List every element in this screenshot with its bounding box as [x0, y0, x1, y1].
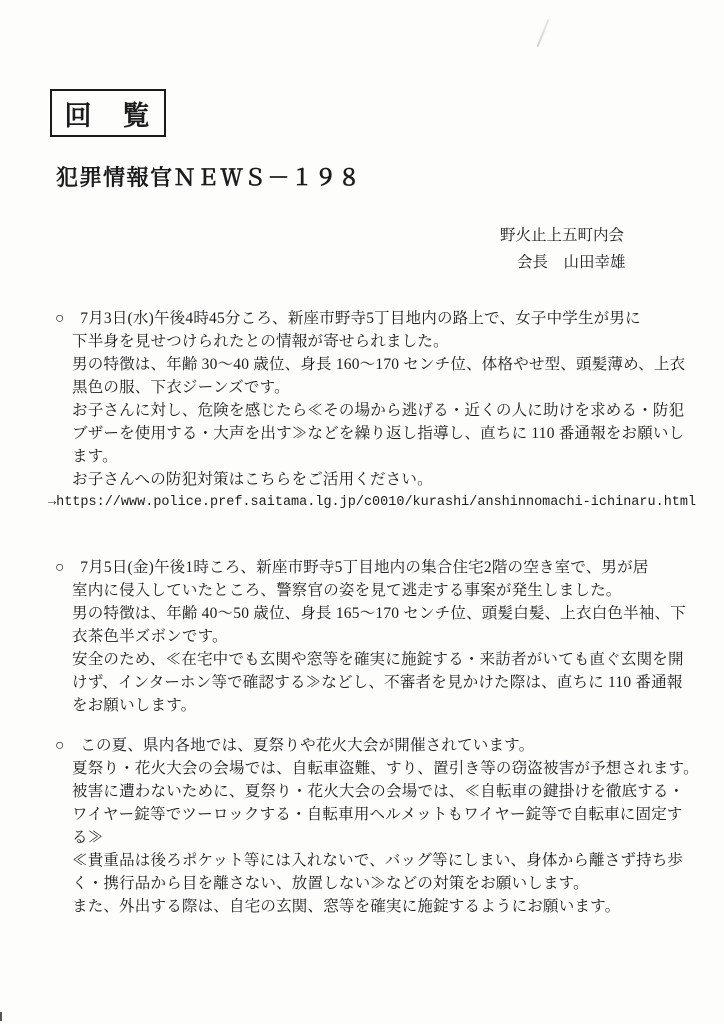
document-body: ○ 7月3日(水)午後4時45分ころ、新座市野寺5丁目地内の路上で、女子中学生が…: [55, 307, 677, 918]
scan-artifact-edge-mark: [0, 1012, 2, 1021]
body-line: お子さんへの防犯対策はこちらをご活用ください。: [55, 468, 677, 491]
association-name: 野火止上五町内会: [500, 222, 626, 249]
body-line: また、外出する際は、自宅の玄関、窓等を確実に施錠するようにお願います。: [55, 895, 677, 918]
body-line: 被害に遭わないために、夏祭り・花火大会の会場では、≪自転車の鍵掛けを徹底する・: [55, 780, 677, 803]
url-text: →https://www.police.pref.saitama.lg.jp/c…: [48, 491, 677, 514]
chairman-name: 会長 山田幸雄: [517, 249, 626, 276]
circulation-stamp-label: 回 覧: [65, 94, 152, 133]
body-line: お子さんに対し、危険を感じたら≪その場から逃げる・近くの人に助けを求める・防犯: [55, 399, 677, 422]
body-line: く・携行品から目を離さない、放置しない≫などの対策をお願いします。: [55, 872, 677, 895]
body-line: 男の特徴は、年齢 40～50 歳位、身長 165～170 センチ位、頭髪白髪、上…: [55, 602, 677, 625]
sender-block: 野火止上五町内会 会長 山田幸雄: [500, 222, 626, 276]
body-line: 黒色の服、下衣ジーンズです。: [55, 376, 677, 399]
body-line: 衣茶色半ズボンです。: [55, 625, 677, 648]
body-line: ます。: [55, 445, 677, 468]
body-line: る≫: [55, 826, 677, 849]
body-line: ○ この夏、県内各地では、夏祭りや花火大会が開催されています。: [55, 734, 677, 757]
body-line: ブザーを使用する・大声を出す≫などを繰り返し指導し、直ちに 110 番通報をお願…: [55, 422, 677, 445]
body-line: 室内に侵入していたところ、警察官の姿を見て逃走する事案が発生しました。: [55, 579, 677, 602]
body-line: 男の特徴は、年齢 30～40 歳位、身長 160～170 センチ位、体格やせ型、…: [55, 353, 677, 376]
paragraph: ○ 7月3日(水)午後4時45分ころ、新座市野寺5丁目地内の路上で、女子中学生が…: [55, 307, 677, 514]
body-line: 下半身を見せつけられたとの情報が寄せられました。: [55, 330, 677, 353]
body-line: ワイヤー錠等でツーロックする・自転車用ヘルメットもワイヤー錠等で自転車に固定す: [55, 803, 677, 826]
body-line: けず、インターホン等で確認する≫などし、不審者を見かけた際は、直ちに 110 番…: [55, 671, 677, 694]
circulation-stamp-box: 回 覧: [50, 89, 166, 137]
scan-artifact-scratch: [536, 19, 549, 48]
paragraph: ○ 7月5日(金)午後1時ころ、新座市野寺5丁目地内の集合住宅2階の空き室で、男…: [55, 556, 677, 717]
body-line: 夏祭り・花火大会の会場では、自転車盗難、すり、置引き等の窃盗被害が予想されます。: [55, 757, 677, 780]
document-title: 犯罪情報官ＮＥＷＳ－１９８: [56, 161, 362, 192]
body-line: ○ 7月5日(金)午後1時ころ、新座市野寺5丁目地内の集合住宅2階の空き室で、男…: [55, 556, 677, 579]
body-line: をお願いします。: [55, 694, 677, 717]
body-line: ≪貴重品は後ろポケット等には入れないで、バッグ等にしまい、身体から離さず持ち歩: [55, 849, 677, 872]
scanned-document-page: 回 覧 犯罪情報官ＮＥＷＳ－１９８ 野火止上五町内会 会長 山田幸雄 ○ 7月3…: [0, 0, 724, 1024]
body-line: 安全のため、≪在宅中でも玄関や窓等を確実に施錠する・来訪者がいても直ぐ玄関を開: [55, 648, 677, 671]
body-line: ○ 7月3日(水)午後4時45分ころ、新座市野寺5丁目地内の路上で、女子中学生が…: [55, 307, 677, 330]
paragraph: ○ この夏、県内各地では、夏祭りや花火大会が開催されています。夏祭り・花火大会の…: [55, 734, 677, 918]
